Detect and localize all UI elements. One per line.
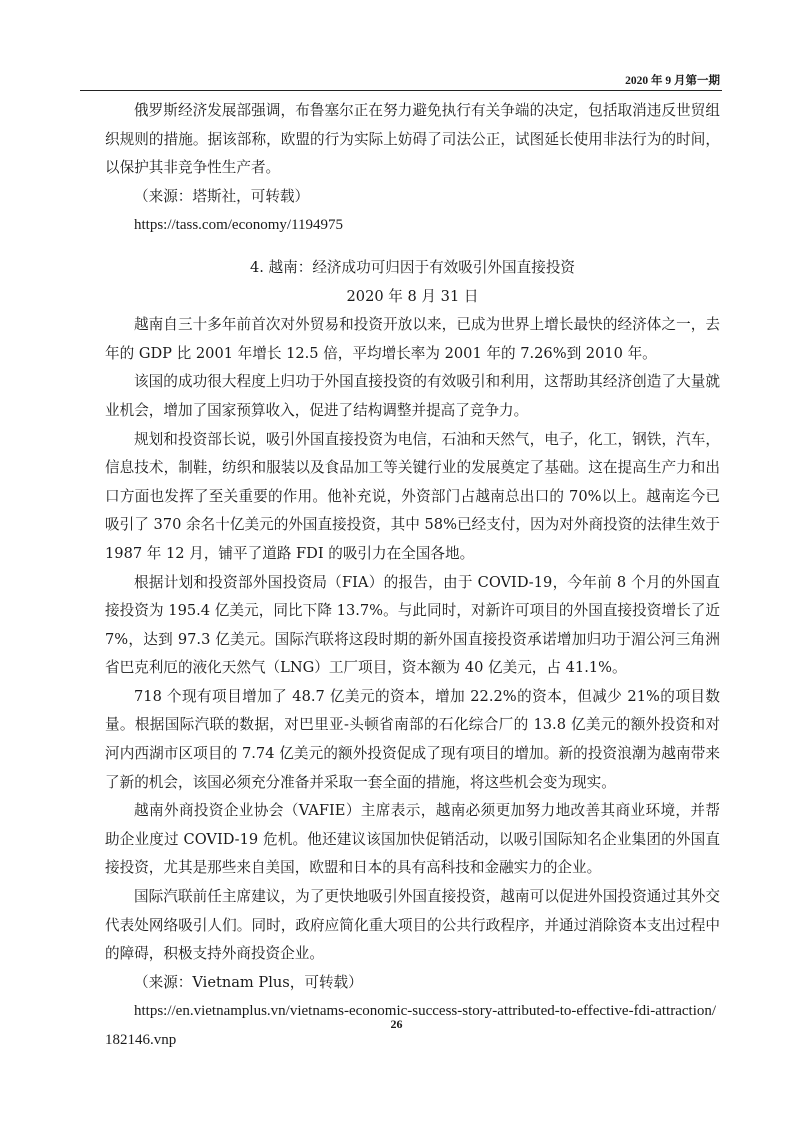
article-title: 4. 越南：经济成功可归因于有效吸引外国直接投资 [105,254,720,283]
source-note: （来源：塔斯社，可转载） [105,183,720,212]
source-note: （来源：Vietnam Plus，可转载） [105,969,720,998]
paragraph: 国际汽联前任主席建议，为了更快地吸引外国直接投资，越南可以促进外国投资通过其外交… [105,883,720,969]
paragraph: 718 个现有项目增加了 48.7 亿美元的资本，增加 22.2%的资本，但减少… [105,683,720,797]
source-link[interactable]: https://tass.com/economy/1194975 [105,211,720,240]
paragraph: 越南自三十多年前首次对外贸易和投资开放以来，已成为世界上增长最快的经济体之一，去… [105,311,720,368]
paragraph: 该国的成功很大程度上归功于外国直接投资的有效吸引和利用，这帮助其经济创造了大量就… [105,368,720,425]
page-number: 26 [0,1017,793,1032]
running-header: 2020 年 9 月第一期 [80,70,722,91]
article-date: 2020 年 8 月 31 日 [105,283,720,312]
paragraph: 根据计划和投资部外国投资局（FIA）的报告，由于 COVID-19，今年前 8 … [105,569,720,683]
paragraph: 规划和投资部长说，吸引外国直接投资为电信，石油和天然气，电子，化工，钢铁，汽车，… [105,426,720,569]
paragraph: 越南外商投资企业协会（VAFIE）主席表示，越南必须更加努力地改善其商业环境，并… [105,797,720,883]
paragraph: 俄罗斯经济发展部强调，布鲁塞尔正在努力避免执行有关争端的决定，包括取消违反世贸组… [105,97,720,183]
issue-label: 2020 年 9 月第一期 [625,72,720,88]
page-body: 俄罗斯经济发展部强调，布鲁塞尔正在努力避免执行有关争端的决定，包括取消违反世贸组… [105,97,720,1055]
